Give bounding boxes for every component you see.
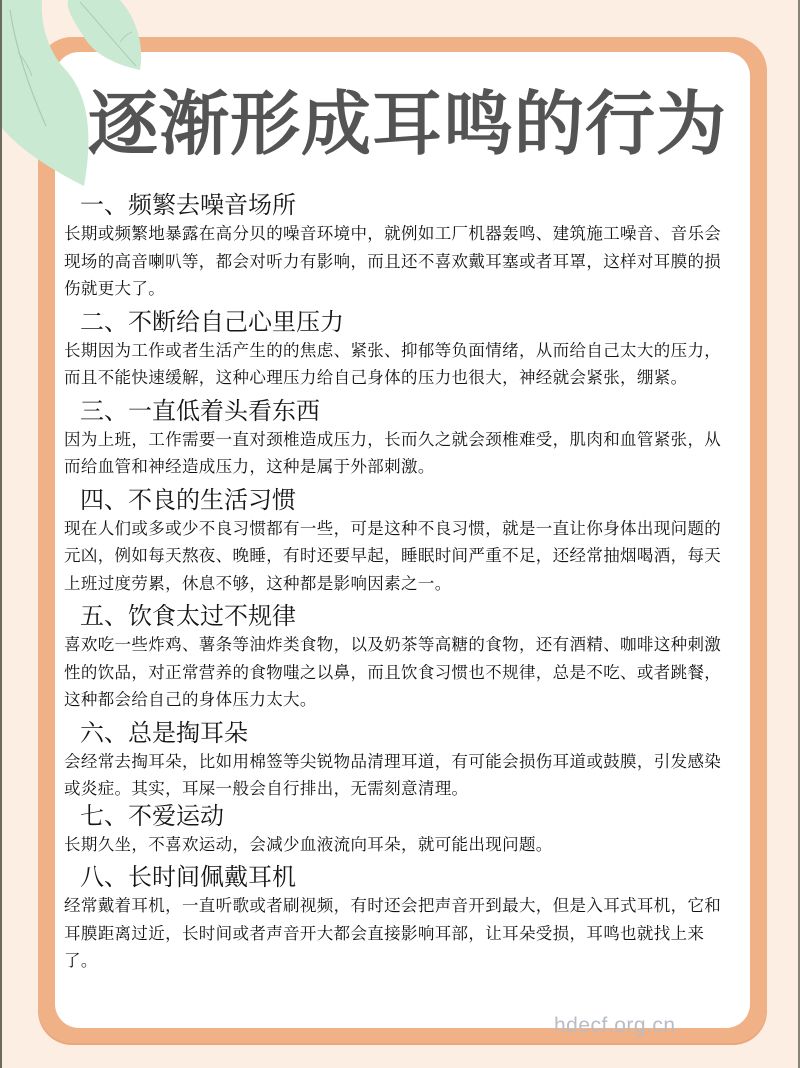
section-body: 会经常去掏耳朵，比如用棉签等尖锐物品清理耳道，有可能会损伤耳道或鼓膜，引发感染或… [64, 748, 734, 803]
section-headphones: 八、长时间佩戴耳机 经常戴着耳机，一直听歌或者刷视频，有时还会把声音开到最大，但… [64, 862, 734, 975]
section-heading: 二、不断给自己心里压力 [64, 307, 734, 337]
section-body: 长期或频繁地暴露在高分贝的噪音环境中，就例如工厂机器轰鸣、建筑施工噪音、音乐会现… [64, 220, 734, 303]
section-heading: 八、长时间佩戴耳机 [64, 862, 734, 892]
section-heading: 一、频繁去噪音场所 [64, 190, 734, 220]
section-bad-habits: 四、不良的生活习惯 现在人们或多或少不良习惯都有一些，可是这种不良习惯，就是一直… [64, 485, 734, 598]
section-body: 经常戴着耳机，一直听歌或者刷视频，有时还会把声音开到最大，但是入耳式耳机，它和耳… [64, 892, 734, 975]
section-ear-picking: 六、总是掏耳朵 会经常去掏耳朵，比如用棉签等尖锐物品清理耳道，有可能会损伤耳道或… [64, 718, 734, 803]
section-body: 喜欢吃一些炸鸡、薯条等油炸类食物，以及奶茶等高糖的食物，还有酒精、咖啡这种刺激性… [64, 631, 734, 714]
section-body: 长期因为工作或者生活产生的的焦虑、紧张、抑郁等负面情绪，从而给自己太大的压力，而… [64, 337, 734, 392]
section-body: 因为上班，工作需要一直对颈椎造成压力，长而久之就会颈椎难受，肌肉和血管紧张，从而… [64, 426, 734, 481]
section-heading: 四、不良的生活习惯 [64, 485, 734, 515]
section-heading: 五、饮食太过不规律 [64, 601, 734, 631]
section-looking-down: 三、一直低着头看东西 因为上班，工作需要一直对颈椎造成压力，长而久之就会颈椎难受… [64, 396, 734, 481]
section-heading: 三、一直低着头看东西 [64, 396, 734, 426]
section-no-exercise: 七、不爱运动 长期久坐，不喜欢运动，会减少血液流向耳朵，就可能出现问题。 [64, 801, 734, 859]
section-heading: 六、总是掏耳朵 [64, 718, 734, 748]
section-body: 现在人们或多或少不良习惯都有一些，可是这种不良习惯，就是一直让你身体出现问题的元… [64, 515, 734, 598]
watermark: hdecf.org.cn [554, 1014, 676, 1038]
content-list: 一、频繁去噪音场所 长期或频繁地暴露在高分贝的噪音环境中，就例如工厂机器轰鸣、建… [64, 190, 734, 975]
section-irregular-diet: 五、饮食太过不规律 喜欢吃一些炸鸡、薯条等油炸类食物，以及奶茶等高糖的食物，还有… [64, 601, 734, 714]
section-heading: 七、不爱运动 [64, 801, 734, 831]
section-body: 长期久坐，不喜欢运动，会减少血液流向耳朵，就可能出现问题。 [64, 831, 734, 859]
page-title: 逐渐形成耳鸣的行为 [88, 84, 738, 164]
section-psychological-stress: 二、不断给自己心里压力 长期因为工作或者生活产生的的焦虑、紧张、抑郁等负面情绪，… [64, 307, 734, 392]
section-noise-places: 一、频繁去噪音场所 长期或频繁地暴露在高分贝的噪音环境中，就例如工厂机器轰鸣、建… [64, 190, 734, 303]
